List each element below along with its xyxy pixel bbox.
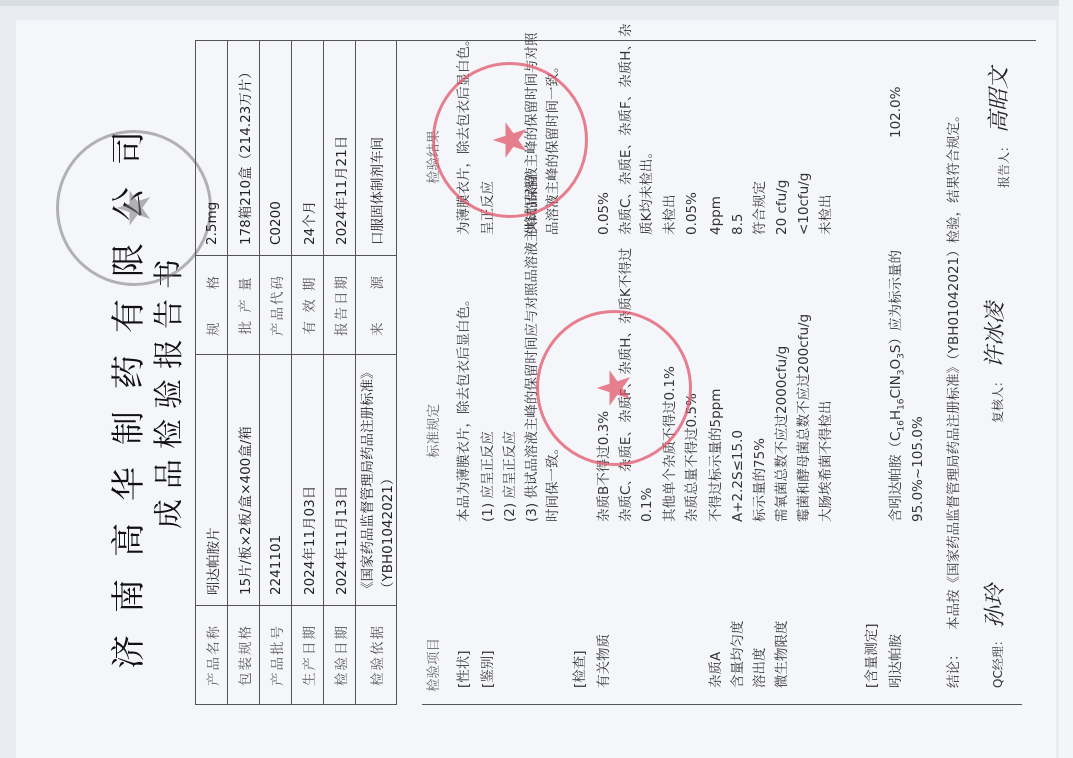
reporter-signature: 高昭文 — [982, 67, 1013, 133]
test-standard: 不得过标示量的5ppm — [706, 192, 727, 522]
info-label: 产品代码 — [260, 256, 292, 355]
test-result: 符合规定 — [750, 15, 771, 235]
test-standard: 霉菌和酵母菌总数不应过200cfu/g — [794, 192, 815, 522]
related-substance-result: 0.05% — [594, 15, 615, 235]
test-result: 未检出 — [816, 15, 837, 235]
info-label: 产品批号 — [260, 606, 292, 705]
info-row: 包装规格15片/板×2板/盒×400盒/箱批 产 量178箱210盒（214.2… — [228, 41, 260, 705]
seal-star-icon: ★ — [587, 367, 641, 408]
seal-star-icon: ★ — [483, 119, 537, 160]
test-result: 4ppm — [706, 15, 727, 235]
assay-standard-prefix: 含吲达帕胺（C — [888, 432, 904, 522]
section-appearance: [性状] — [454, 650, 475, 688]
test-result: <10cfu/g — [794, 15, 815, 235]
info-label: 规 格 — [196, 256, 228, 355]
test-item: 溶出度 — [750, 648, 771, 689]
test-standard: 大肠埃希菌不得检出 — [816, 192, 837, 522]
test-item: 杂质A — [706, 652, 727, 688]
info-row: 产品名称吲达帕胺片规 格2.5mg — [196, 41, 228, 705]
related-substance-result: 未检出 — [660, 15, 681, 235]
table-border-left — [422, 704, 1022, 705]
seal-star-icon: ★ — [107, 187, 161, 228]
scan-border — [0, 0, 1073, 6]
product-info-table: 产品名称吲达帕胺片规 格2.5mg包装规格15片/板×2板/盒×400盒/箱批 … — [195, 40, 397, 705]
reviewer-signature: 许冰凌 — [978, 302, 1009, 368]
company-seal-red: ★ — [536, 310, 692, 466]
column-header-standard: 标准规定 — [422, 404, 450, 458]
identification-2-standard: (2) 应呈正反应 — [500, 192, 521, 522]
qc-manager-signature: 孙玲 — [978, 584, 1009, 628]
info-value: 2241101 — [260, 355, 292, 606]
related-substances-label: 有关物质 — [594, 634, 615, 688]
test-item: 含量均匀度 — [728, 621, 749, 689]
test-item: 微生物限度 — [772, 621, 793, 689]
report-title: 成品检验报告书 — [144, 20, 188, 758]
section-tests: [检查] — [570, 650, 591, 688]
info-value: 178箱210盒（214.23万片） — [228, 41, 260, 256]
assay-item: 吲达帕胺 — [886, 634, 907, 688]
info-value: 2024年11月03日 — [292, 355, 324, 606]
test-result: 20 cfu/g — [772, 15, 793, 235]
qc-manager-label: QC经理： — [988, 634, 1009, 688]
reporter-label: 报告人： — [994, 140, 1015, 188]
info-row: 检验依据《国家药品监督管理局药品注册标准》（YBH01042021）来 源口服固… — [356, 41, 397, 705]
info-label: 检验日期 — [324, 606, 356, 705]
identification-1-standard: (1) 应呈正反应 — [478, 192, 499, 522]
info-row: 检验日期2024年11月13日报告日期2024年11月21日 — [324, 41, 356, 705]
assay-result: 102.0% — [886, 87, 907, 138]
info-value: 《国家药品监督管理局药品注册标准》（YBH01042021） — [356, 355, 397, 606]
assay-standard-suffix: ）应为标示量的 — [888, 250, 904, 345]
info-label: 批 产 量 — [228, 256, 260, 355]
info-label: 来 源 — [356, 256, 397, 355]
scan-edge — [1059, 0, 1073, 758]
info-value: 吲达帕胺片 — [196, 355, 228, 606]
info-value: 2024年11月21日 — [324, 41, 356, 256]
related-substance-result: 杂质C、杂质E、杂质F、杂质H、杂质K均未检出。 — [616, 15, 658, 235]
section-assay: [含量测定] — [862, 623, 883, 688]
related-substance-result: 0.05% — [682, 15, 703, 235]
info-label: 生产日期 — [292, 606, 324, 705]
document-page: 济南高华制药有限公司 成品检验报告书 ★ 产品名称吲达帕胺片规 格2.5mg包装… — [16, 20, 1056, 758]
test-standard: 需氧菌总数不应过2000cfu/g — [772, 192, 793, 522]
qc-seal-red: ★ — [432, 62, 588, 218]
info-label: 包装规格 — [228, 606, 260, 705]
info-value: C0200 — [260, 41, 292, 256]
test-result: 8.5 — [728, 15, 749, 235]
assay-range: 95.0%~105.0% — [908, 192, 929, 522]
info-value: 2.5mg — [196, 41, 228, 256]
info-value: 2024年11月13日 — [324, 355, 356, 606]
info-value: 24个月 — [292, 41, 324, 256]
test-standard: A+2.2S≤15.0 — [728, 192, 749, 522]
conclusion-label: 结论： — [944, 648, 965, 689]
info-value: 口服固体制剂车间 — [356, 41, 397, 256]
section-identification: [鉴别] — [478, 650, 499, 688]
info-row: 生产日期2024年11月03日有 效 期24个月 — [292, 41, 324, 705]
info-row: 产品批号2241101产品代码C0200 — [260, 41, 292, 705]
company-seal-grey: ★ — [56, 130, 212, 286]
conclusion-text: 本品按《国家药品监督管理局药品注册标准》（YBH01042021）检验，结果符合… — [944, 30, 965, 630]
info-value: 15片/板×2板/盒×400盒/箱 — [228, 355, 260, 606]
info-label: 产品名称 — [196, 606, 228, 705]
test-standard: 标示量的75% — [750, 192, 771, 522]
info-label: 有 效 期 — [292, 256, 324, 355]
reviewer-label: 复核人： — [988, 375, 1009, 423]
column-header-item: 检验项目 — [422, 638, 450, 692]
info-label: 检验依据 — [356, 606, 397, 705]
info-label: 报告日期 — [324, 256, 356, 355]
